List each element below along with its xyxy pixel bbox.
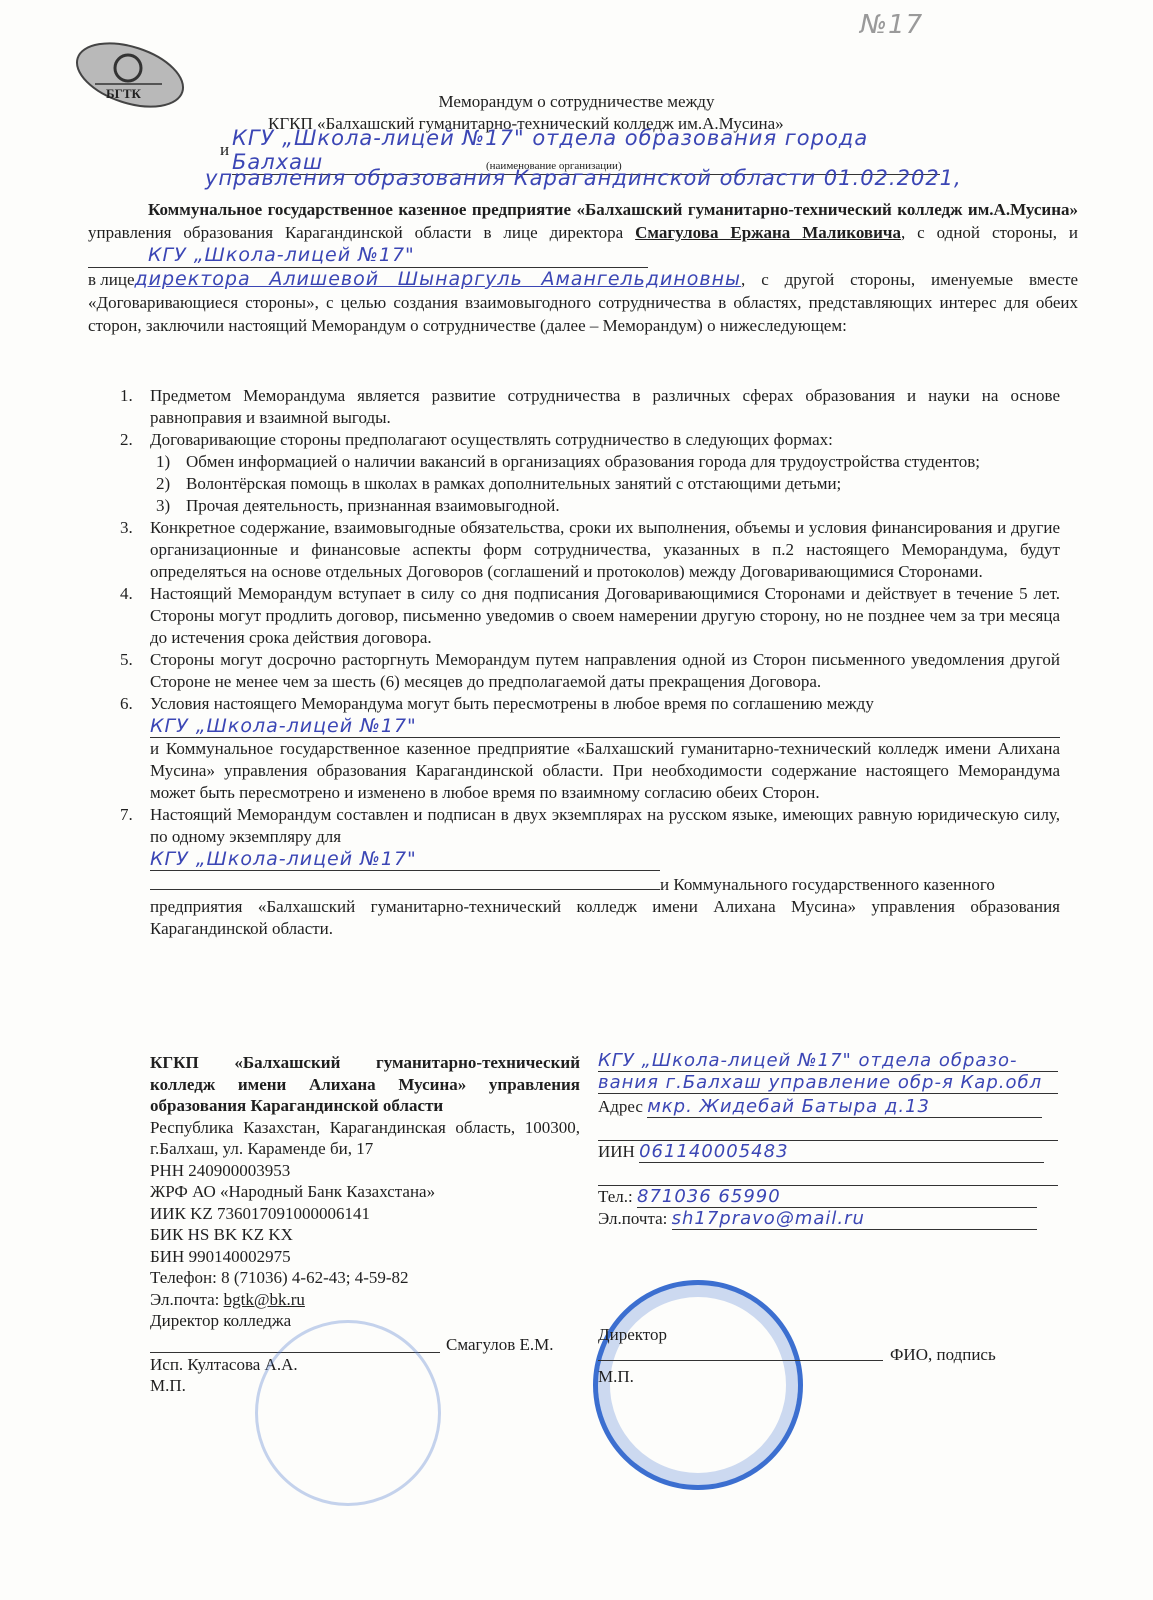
clause-6-handwritten: КГУ „Школа-лицей №17": [150, 715, 1060, 738]
clause-2: 2.Договаривающие стороны предполагают ос…: [150, 429, 1060, 451]
clause-3: 3.Конкретное содержание, взаимовыгодные …: [150, 517, 1060, 583]
party2-signature-caption: ФИО, подпись: [890, 1345, 996, 1365]
clause-7: 7.Настоящий Меморандум составлен и подпи…: [150, 804, 1060, 940]
party2-seal-label: М.П.: [598, 1367, 634, 1387]
party1-bank: ЖРФ АО «Народный Банк Казахстана»: [150, 1181, 580, 1203]
blank-line: [150, 871, 660, 890]
clause-2-sub-1: 1)Обмен информацией о наличии вакансий в…: [186, 451, 1060, 473]
corner-note: №17: [860, 10, 923, 40]
party2-email: sh17pravo@mail.ru: [672, 1208, 1037, 1230]
org-name-handwritten-2: управления образования Карагандинской об…: [205, 166, 962, 190]
party2-iin: 061140005483: [639, 1141, 1044, 1163]
party2-address: мкр. Жидебай Батыра д.13: [647, 1096, 1042, 1118]
party2-handwritten: КГУ „Школа-лицей №17": [88, 244, 648, 268]
clause-2-sub-2: 2)Волонтёрская помощь в школах в рамках …: [186, 473, 1060, 495]
party1-bin: БИН 990140002975: [150, 1246, 580, 1268]
title-and: и: [220, 140, 229, 160]
party2-name-1: КГУ „Школа-лицей №17" отдела образо-: [598, 1050, 1058, 1072]
party2-requisites: КГУ „Школа-лицей №17" отдела образо- ван…: [598, 1050, 1058, 1230]
party1-bik: БИК HS BK KZ KX: [150, 1224, 580, 1246]
clause-6: 6.Условия настоящего Меморандума могут б…: [150, 693, 1060, 804]
party1-rnn: РНН 240900003953: [150, 1160, 580, 1182]
party2-name-2: вания г.Балхаш управление обр-я Кар.обл: [598, 1072, 1058, 1094]
party1-name: КГКП «Балхашский гуманитарно-технический…: [150, 1052, 580, 1117]
document-title: Меморандум о сотрудничестве между: [0, 92, 1153, 112]
party2-signature-line: [598, 1340, 883, 1361]
party1-phone: Телефон: 8 (71036) 4-62-43; 4-59-82: [150, 1267, 580, 1289]
director-name: Смагулова Ержана Маликовича: [635, 223, 901, 242]
clause-2-sub-3: 3)Прочая деятельность, признанная взаимо…: [186, 495, 1060, 517]
clause-1: 1.Предметом Меморандума является развити…: [150, 385, 1060, 429]
clause-5: 5.Стороны могут досрочно расторгнуть Мем…: [150, 649, 1060, 693]
clause-7-handwritten: КГУ „Школа-лицей №17": [150, 848, 660, 871]
party1-signer: Смагулов Е.М.: [446, 1334, 554, 1356]
party2-representative: директора Алишевой Шынаргуль Амангельдин…: [135, 268, 742, 290]
party1-email[interactable]: bgtk@bk.ru: [224, 1290, 305, 1309]
preamble: Коммунальное государственное казенное пр…: [88, 198, 1078, 337]
party1-iik: ИИК KZ 736017091000006141: [150, 1203, 580, 1225]
clauses-list: 1.Предметом Меморандума является развити…: [150, 385, 1060, 940]
party1-address: Республика Казахстан, Карагандинская обл…: [150, 1117, 580, 1160]
party1-stamp: [255, 1320, 441, 1506]
clause-4: 4.Настоящий Меморандум вступает в силу с…: [150, 583, 1060, 649]
party2-phone: 871036 65990: [637, 1186, 1037, 1208]
